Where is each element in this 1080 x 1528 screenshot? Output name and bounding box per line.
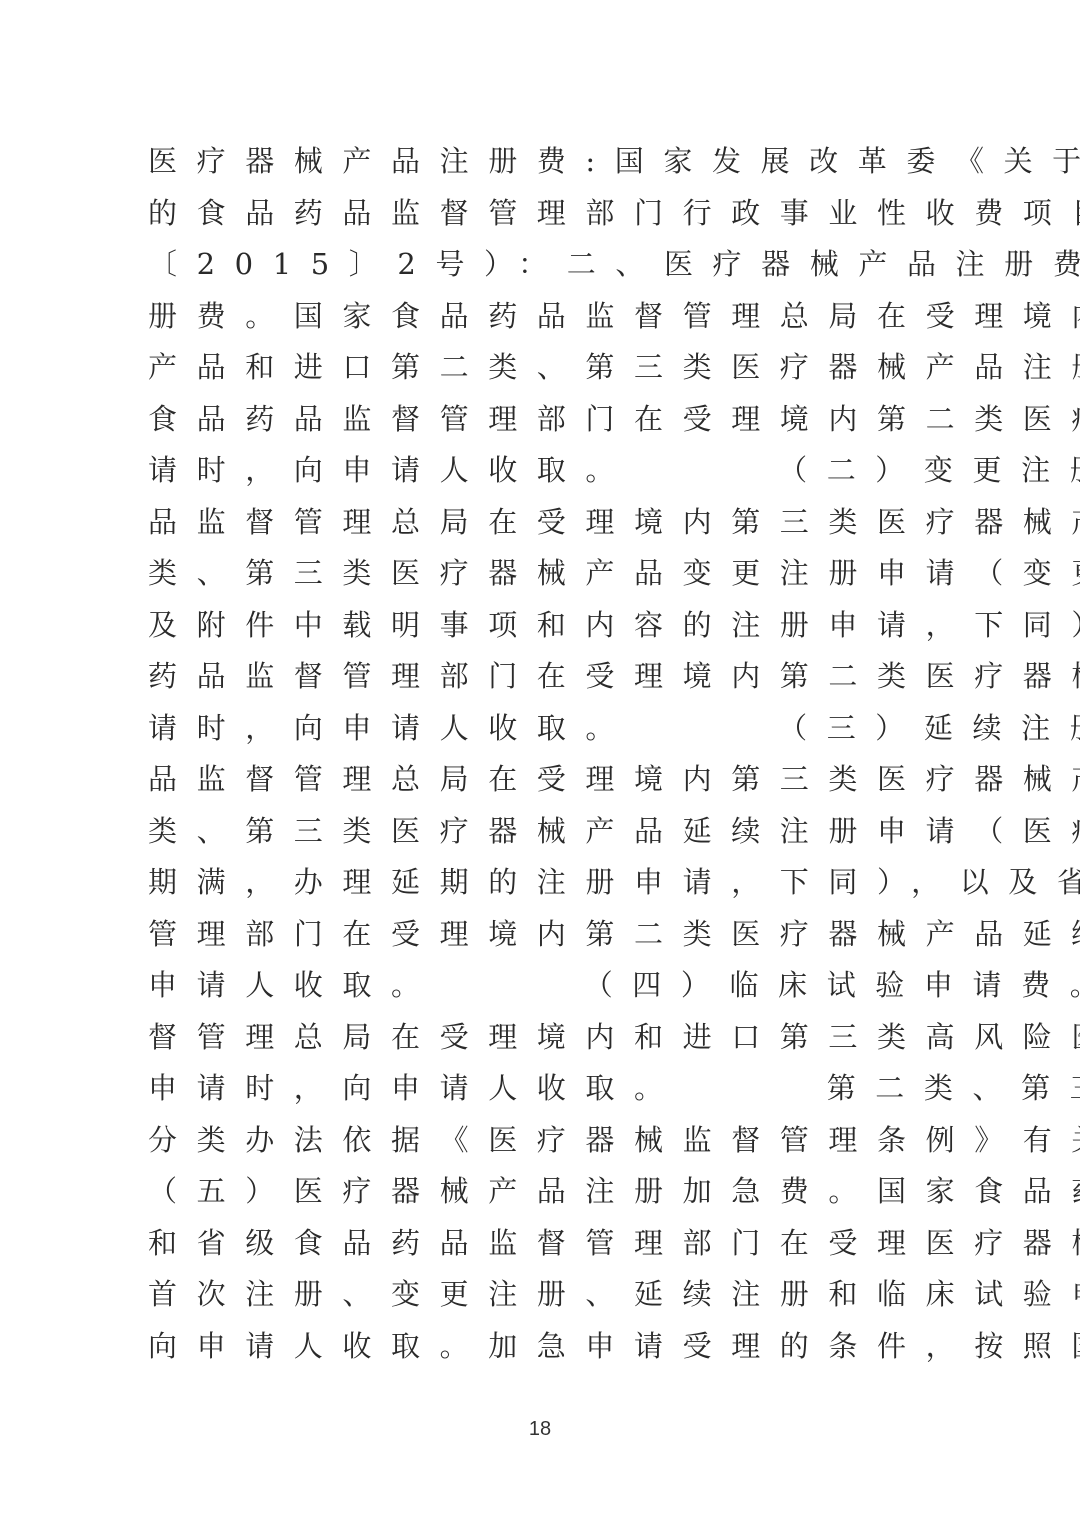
text-line: 向申请人收取。加急申请受理的条件，按照国家食品药品监督 [148,1321,948,1373]
text-line: 类、第三类医疗器械产品延续注册申请（医疗器械注册证有效 [148,806,948,858]
text-line: 〔2015〕2号）：二、医疗器械产品注册费 （一）首次注 [148,239,948,291]
text-line: 药品监督管理部门在受理境内第二类医疗器械产品变更注册申 [148,651,948,703]
text-line: 食品药品监督管理部门在受理境内第二类医疗器械产品注册申 [148,394,948,446]
body-text: 医疗器械产品注册费:国家发展改革委《关于重新发布中央管理 的食品药品监督管理部门… [148,136,948,1372]
text-line: 申请人收取。 （四）临床试验申请费。国家食品药品监 [148,960,948,1012]
text-line: （五）医疗器械产品注册加急费。国家食品药品监督管理总局 [148,1166,948,1218]
text-line: 期满，办理延期的注册申请，下同），以及省级食品药品监督 [148,857,948,909]
text-line: 请时，向申请人收取。 （二）变更注册费。国家食品药 [148,445,948,497]
page-number: 18 [0,1418,1080,1441]
text-line: 品监督管理总局在受理境内第三类医疗器械产品和进口第二 [148,497,948,549]
text-line: 的食品药品监督管理部门行政事业性收费项目的通知》（财税 [148,188,948,240]
text-line: 和省级食品药品监督管理部门在受理医疗器械产品注册（包括 [148,1218,948,1270]
text-line: 产品和进口第二类、第三类医疗器械产品注册申请，以及省级 [148,342,948,394]
text-line: 及附件中载明事项和内容的注册申请，下同），以及省级食品 [148,600,948,652]
text-line: 管理部门在受理境内第二类医疗器械产品延续注册申请时，向 [148,909,948,961]
document-page: 医疗器械产品注册费:国家发展改革委《关于重新发布中央管理 的食品药品监督管理部门… [0,0,1080,1528]
text-line: 医疗器械产品注册费:国家发展改革委《关于重新发布中央管理 [148,136,948,188]
text-line: 请时，向申请人收取。 （三）延续注册费。国家食品药 [148,703,948,755]
text-line: 册费。国家食品药品监督管理总局在受理境内第三类医疗器械 [148,291,948,343]
text-line: 品监督管理总局在受理境内第三类医疗器械产品和进口第二 [148,754,948,806]
text-line: 分类办法依据《医疗器械监督管理条例》有关规定执行。 [148,1115,948,1167]
text-line: 首次注册、变更注册、延续注册和临床试验申请）加急申请时， [148,1269,948,1321]
text-line: 类、第三类医疗器械产品变更注册申请（变更已获准证明文件 [148,548,948,600]
text-line: 申请时，向申请人收取。 第二类、第三类医疗器械产品 [148,1063,948,1115]
text-line: 督管理总局在受理境内和进口第三类高风险医疗器械临床试验 [148,1012,948,1064]
